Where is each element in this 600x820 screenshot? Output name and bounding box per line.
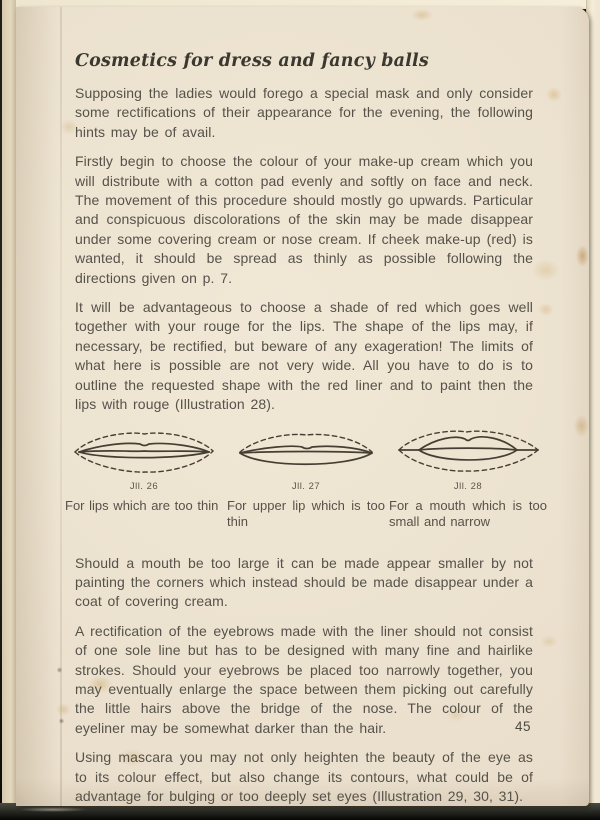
stain xyxy=(576,245,589,267)
stain xyxy=(546,87,562,102)
figure-description: For lips which are too thin xyxy=(65,498,223,515)
lips-illustration-26: Jll. 26 For lips which are too thin xyxy=(65,425,223,531)
figure-description: For upper lip which is too thin xyxy=(227,498,385,531)
page-number: 45 xyxy=(515,719,531,734)
section-title: Cosmetics for dress and fancy balls xyxy=(75,51,533,71)
stitch-hole xyxy=(57,667,62,673)
book-page: Cosmetics for dress and fancy balls Supp… xyxy=(16,7,589,806)
figure-description: For a mouth which is too small and narro… xyxy=(389,498,547,531)
stain xyxy=(574,415,589,437)
lips-illustration-28: Jll. 28 For a mouth which is too small a… xyxy=(389,425,547,531)
paragraph-3: It will be advantageous to choose a shad… xyxy=(75,298,533,414)
stain xyxy=(540,635,558,648)
figure-caption: Jll. 26 xyxy=(65,481,223,492)
lips-drawing-thin-lips xyxy=(68,425,220,479)
book-scan: Cosmetics for dress and fancy balls Supp… xyxy=(0,0,600,820)
paragraph-5: A rectification of the eyebrows made wit… xyxy=(75,622,533,738)
page-content: Cosmetics for dress and fancy balls Supp… xyxy=(75,51,533,816)
stain xyxy=(532,259,560,281)
lips-illustration-27: Jll. 27 For upper lip which is too thin xyxy=(227,425,385,531)
lips-drawing-thin-upper-lip xyxy=(230,425,382,479)
stain xyxy=(56,703,71,716)
figure-caption: Jll. 28 xyxy=(389,481,547,492)
paragraph-6: Using mascara you may not only heighten … xyxy=(75,748,533,806)
figure-caption: Jll. 27 xyxy=(227,481,385,492)
stain xyxy=(411,9,433,21)
binding-strip xyxy=(2,0,16,804)
lips-drawing-small-narrow-mouth xyxy=(392,425,544,479)
binding-crease xyxy=(60,7,62,806)
stain xyxy=(538,303,554,316)
paragraph-4: Should a mouth be too large it can be ma… xyxy=(75,554,533,612)
lip-illustrations-row: Jll. 26 For lips which are too thin Jll.… xyxy=(65,425,547,531)
stitch-hole xyxy=(59,718,64,724)
paragraph-1: Supposing the ladies would forego a spec… xyxy=(75,84,533,142)
paragraph-2: Firstly begin to choose the colour of yo… xyxy=(75,152,533,288)
